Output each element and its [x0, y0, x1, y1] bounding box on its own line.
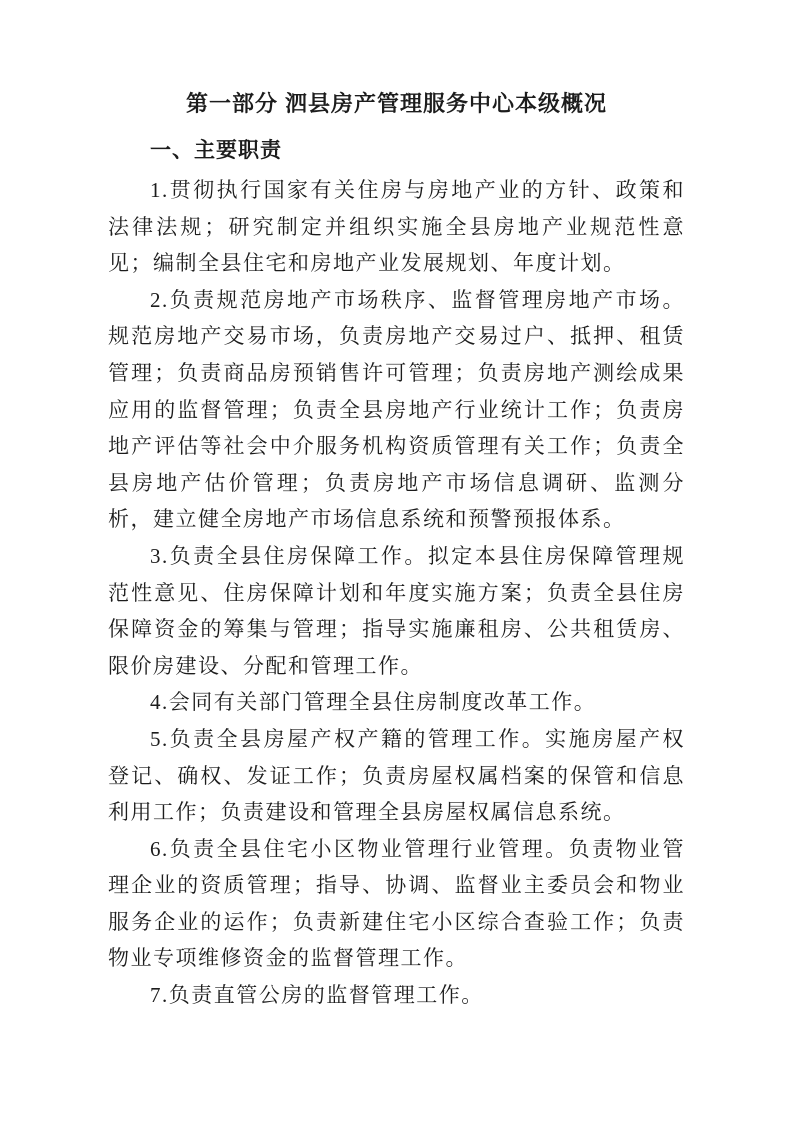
paragraph-7: 7.负责直管公房的监督管理工作。: [108, 977, 685, 1014]
paragraph-5: 5.负责全县房屋产权产籍的管理工作。实施房屋产权登记、确权、发证工作；负责房屋权…: [108, 721, 685, 831]
document-page: 第一部分 泗县房产管理服务中心本级概况 一、主要职责 1.贯彻执行国家有关住房与…: [0, 0, 793, 1122]
paragraph-4: 4.会同有关部门管理全县住房制度改革工作。: [108, 684, 685, 721]
paragraph-1: 1.贯彻执行国家有关住房与房地产业的方针、政策和法律法规；研究制定并组织实施全县…: [108, 172, 685, 282]
paragraph-3: 3.负责全县住房保障工作。拟定本县住房保障管理规范性意见、住房保障计划和年度实施…: [108, 538, 685, 684]
paragraph-2: 2.负责规范房地产市场秩序、监督管理房地产市场。规范房地产交易市场，负责房地产交…: [108, 282, 685, 538]
paragraph-6: 6.负责全县住宅小区物业管理行业管理。负责物业管理企业的资质管理；指导、协调、监…: [108, 831, 685, 977]
document-body: 1.贯彻执行国家有关住房与房地产业的方针、政策和法律法规；研究制定并组织实施全县…: [108, 172, 685, 1014]
page-title: 第一部分 泗县房产管理服务中心本级概况: [108, 88, 685, 120]
section-heading: 一、主要职责: [108, 136, 685, 166]
